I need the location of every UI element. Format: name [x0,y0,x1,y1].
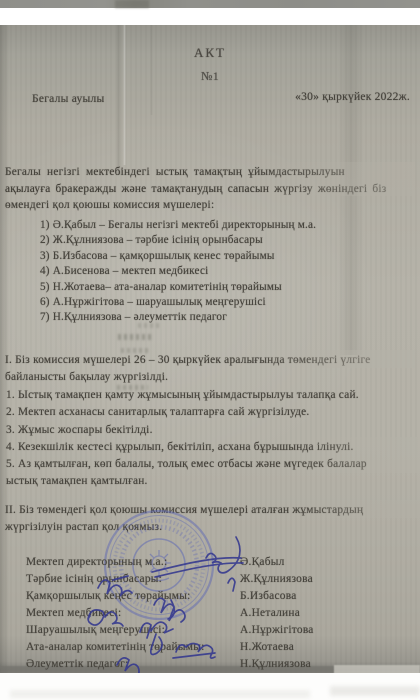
document-photo: АКТ №1 Бегалы ауылы «30» қыркүйек 2022ж.… [0,25,420,673]
photo-top-edge [0,0,420,8]
scan-streak [330,686,420,696]
handwritten-signatures-ink [0,25,420,673]
photo-edge-smudge [115,0,149,8]
scan-streak [10,690,310,698]
